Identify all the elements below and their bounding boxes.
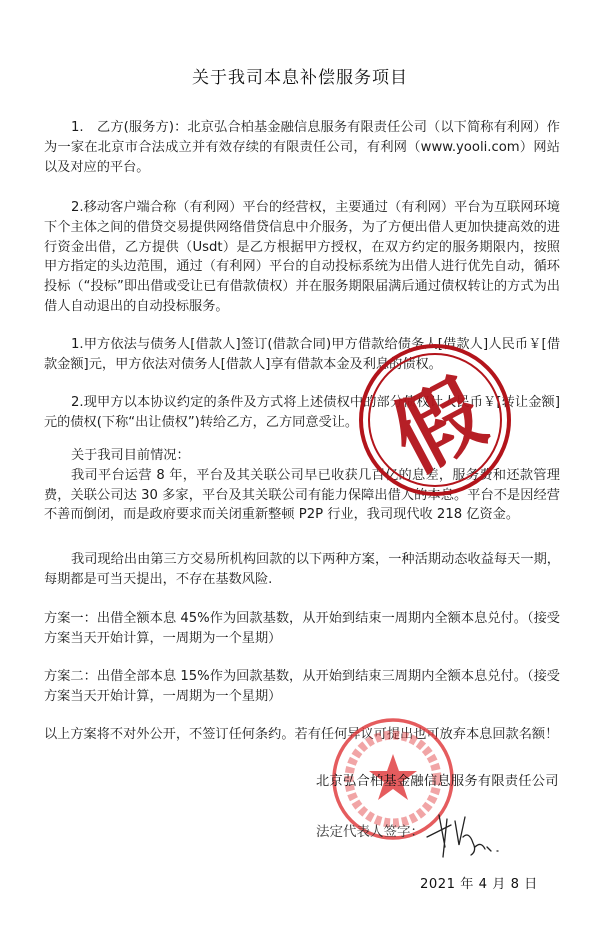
legal-representative-label: 法定代表人签字： — [316, 820, 424, 840]
paragraph-service-party: 1. 乙方(服务方)：北京弘合柏基金融信息服务有限责任公司（以下简称有利网）作为… — [44, 118, 560, 177]
section-current-status: 关于我司目前情况： 我司平台运营 8 年，平台及其关联公司早已收获几百亿的息差，… — [44, 446, 560, 525]
paragraph-plan-one: 方案一：出借全额本息 45%作为回款基数，从开始到结束一周期内全额本息兑付。（接… — [44, 609, 560, 649]
paragraph-current-status: 我司平台运营 8 年，平台及其关联公司早已收获几百亿的息差，服务费和还款管理费，… — [44, 466, 560, 525]
company-name: 北京弘合柏基金融信息服务有限责任公司 — [316, 770, 559, 789]
section-heading: 关于我司目前情况： — [44, 446, 560, 466]
signature-icon — [425, 807, 505, 862]
paragraph-repayment-options: 我司现给出由第三方交易所机构回款的以下两种方案，一种活期动态收益每天一期，每期都… — [44, 550, 560, 590]
document-date: 2021 年 4 月 8 日 — [420, 873, 538, 892]
paragraph-closing-note: 以上方案将不对外公开，不签订任何条约。若有任何异议可提出也可放弃本息回款名额！ — [44, 725, 560, 745]
paragraph-loan-terms: 1.甲方依法与债务人[借款人]签订(借款合同)甲方借款给债务人[借款人]人民币￥… — [44, 335, 560, 375]
paragraph-platform-operation: 2.移动客户端合称（有利网）平台的经营权，主要通过（有利网）平台为互联网环境下个… — [44, 198, 560, 317]
paragraph-debt-transfer: 2.现甲方以本协议约定的条件及方式将上述债权中的部分债权计人民币￥[转让金额]元… — [44, 393, 560, 433]
document-page: 关于我司本息补偿服务项目 1. 乙方(服务方)：北京弘合柏基金融信息服务有限责任… — [0, 0, 600, 927]
document-title: 关于我司本息补偿服务项目 — [0, 63, 600, 88]
paragraph-plan-two: 方案二：出借全部本息 15%作为回款基数，从开始到结束三周期内全额本息兑付。（接… — [44, 667, 560, 707]
